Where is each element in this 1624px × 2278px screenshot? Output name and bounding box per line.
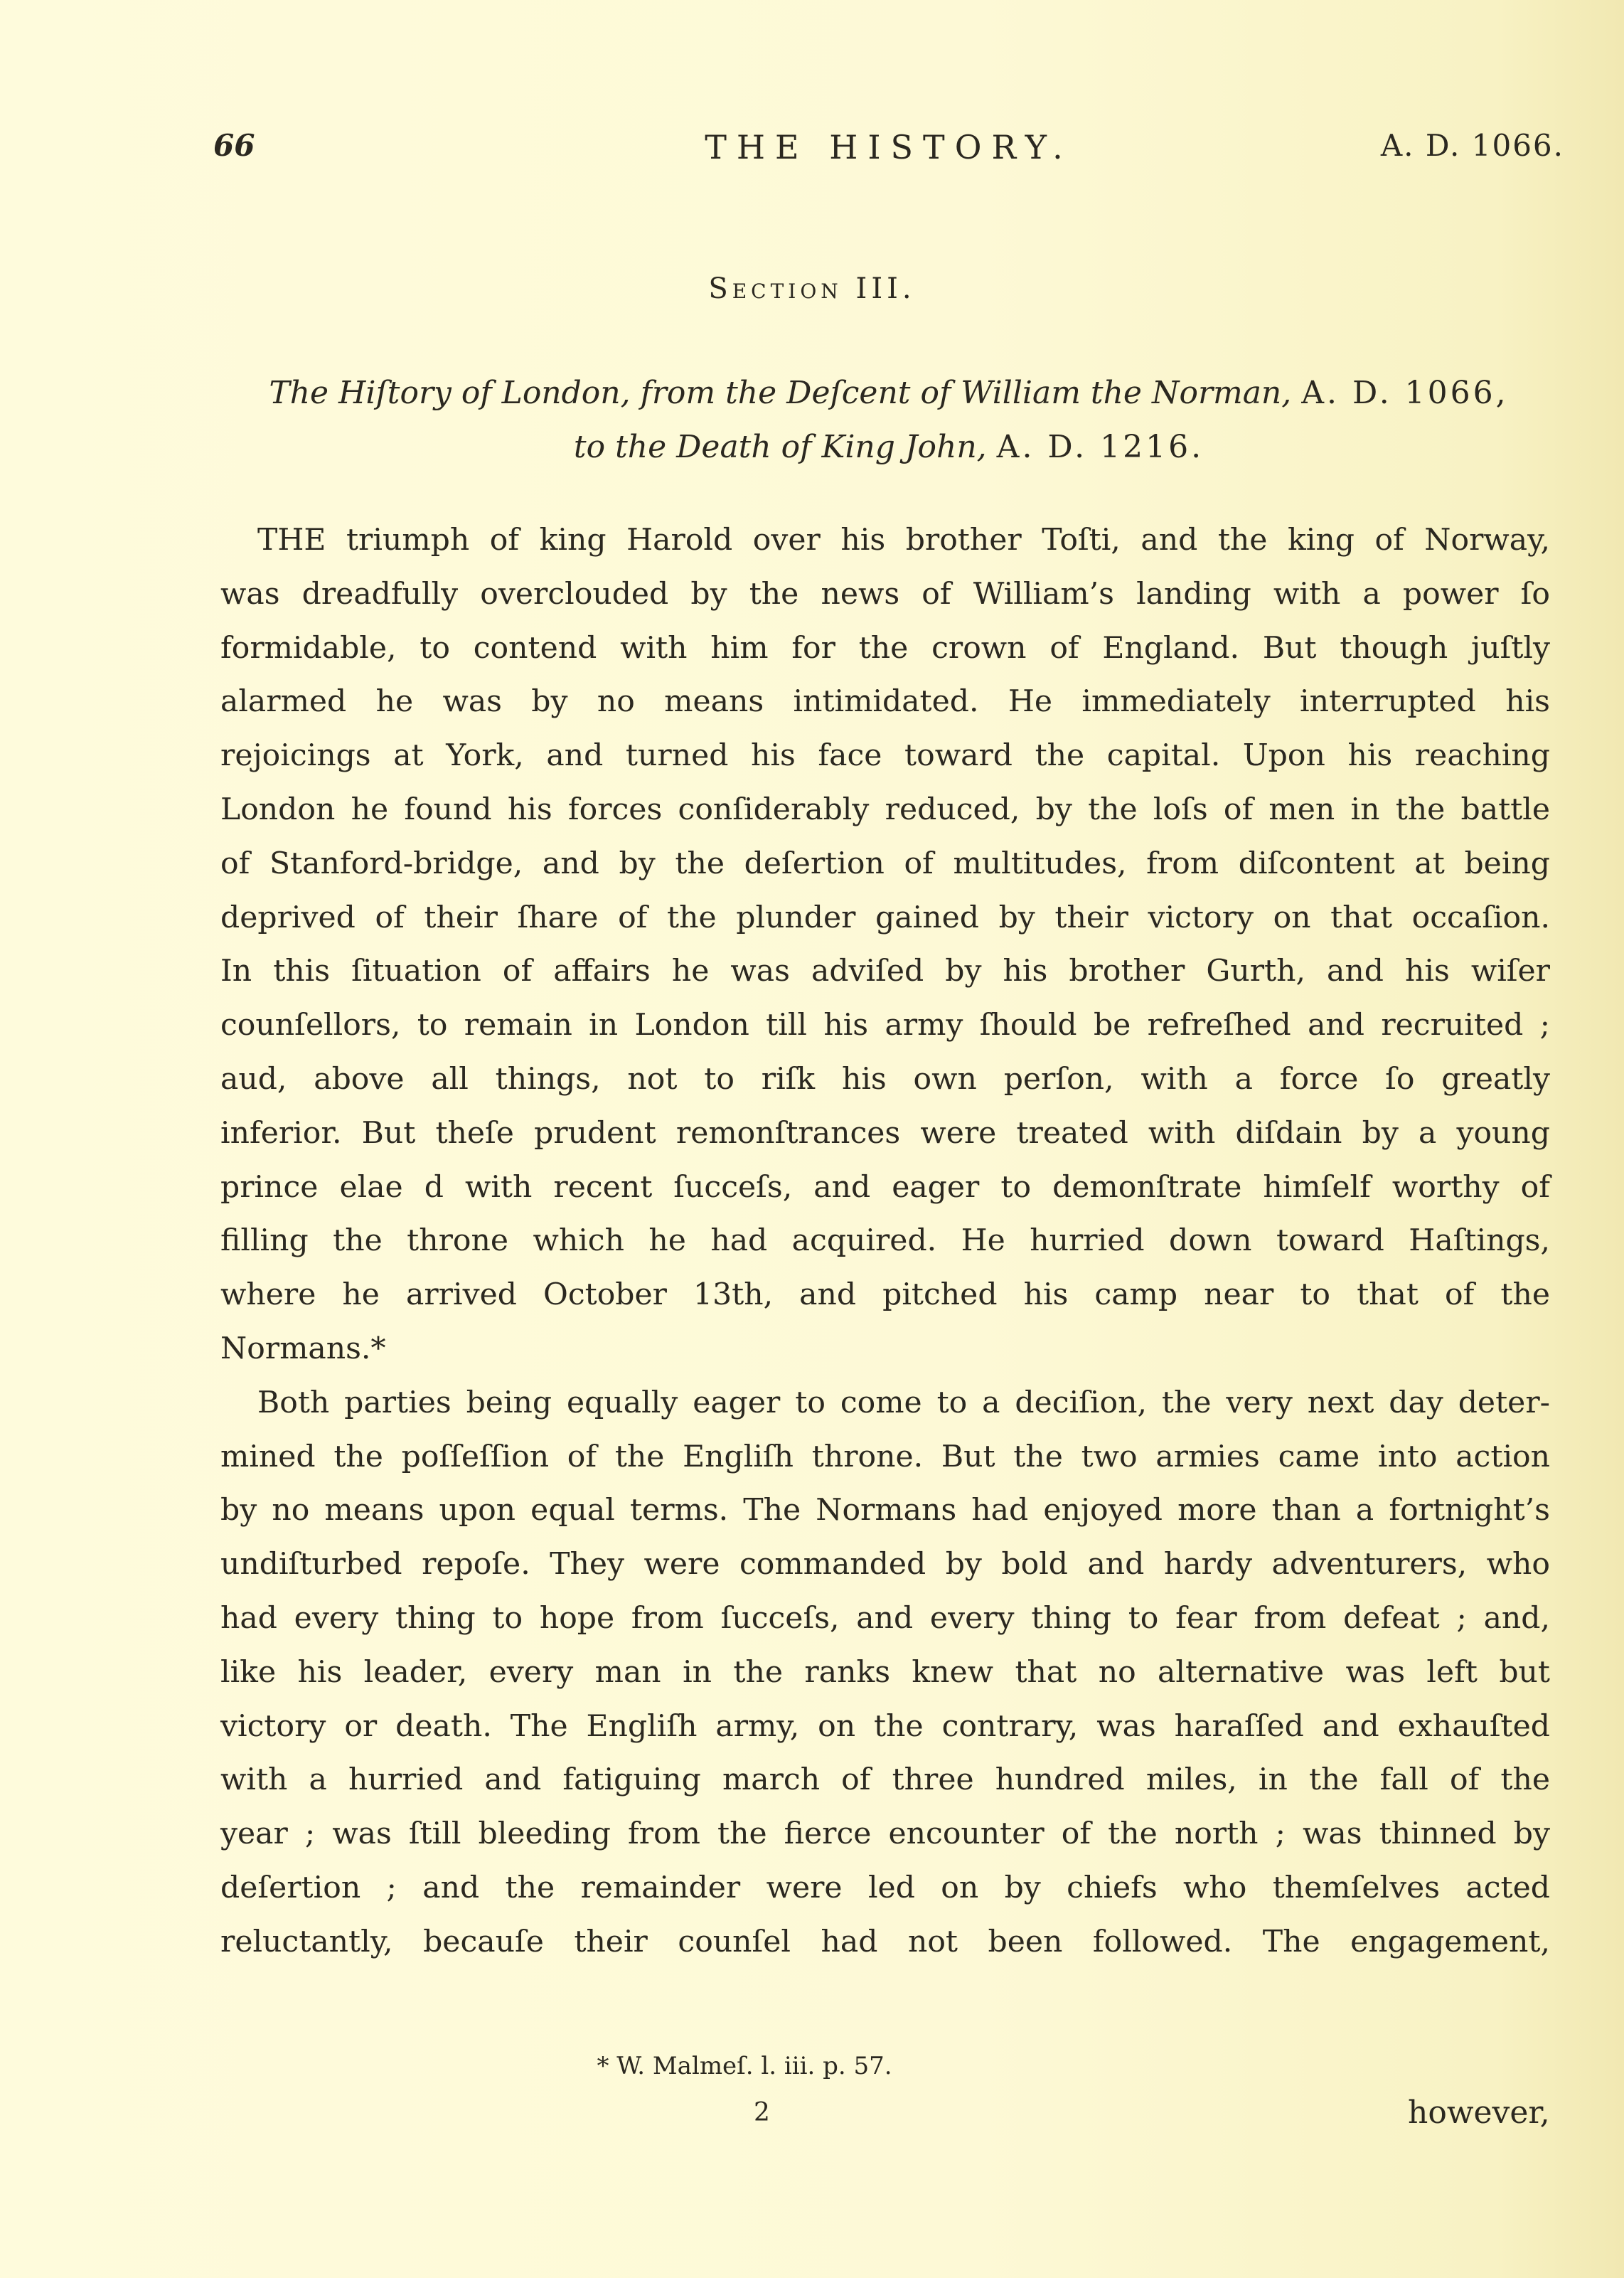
text-line: like his leader, every man in the ranks …: [220, 1646, 1550, 1700]
text-line: Normans.*: [220, 1322, 1550, 1376]
subtitle-line-2: to the Death of King John, A. D. 1216.: [213, 420, 1564, 474]
running-head: 66 THE HISTORY. A. D. 1066.: [213, 128, 1564, 178]
text-line: alarmed he was by no means intimidated. …: [220, 675, 1550, 729]
text-line: victory or death. The Engliſh army, on t…: [220, 1700, 1550, 1754]
text-line: reluctantly, becauſe their counſel had n…: [220, 1915, 1550, 1969]
catchword: however,: [1408, 2095, 1550, 2131]
text-line: with a hurried and fatiguing march of th…: [220, 1753, 1550, 1807]
subtitle-date-2: A. D. 1216.: [997, 429, 1204, 465]
subtitle-text-1: The Hiſtory of London, from the Deſcent …: [269, 375, 1291, 411]
text-line: deprived of their ſhare of the plunder g…: [220, 891, 1550, 945]
text-line: filling the throne which he had acquired…: [220, 1214, 1550, 1268]
text-line: year ; was ſtill bleeding from the fierc…: [220, 1807, 1550, 1861]
text-line: In this ſituation of affairs he was advi…: [220, 944, 1550, 999]
text-line: inferior. But theſe prudent remonſtrance…: [220, 1107, 1550, 1161]
text-line: prince elae d with recent ſucceſs, and e…: [220, 1161, 1550, 1215]
subtitle-date-1: A. D. 1066,: [1301, 375, 1508, 411]
text-line: formidable, to contend with him for the …: [220, 622, 1550, 676]
text-line: rejoicings at York, and turned his face …: [220, 729, 1550, 783]
subtitle-text-2: to the Death of King John,: [574, 429, 987, 465]
text-line: mined the poſſeſſion of the Engliſh thro…: [220, 1430, 1550, 1484]
text-line: by no means upon equal terms. The Norman…: [220, 1484, 1550, 1538]
running-date: A. D. 1066.: [1381, 128, 1564, 163]
text-line: counſellors, to remain in London till hi…: [220, 999, 1550, 1053]
section-label: Section: [708, 272, 842, 305]
subtitle-line-1: The Hiſtory of London, from the Deſcent …: [213, 366, 1564, 420]
text-line: of Stanford-bridge, and by the deſertion…: [220, 837, 1550, 891]
text-line: THE triumph of king Harold over his brot…: [220, 513, 1550, 568]
text-line: London he found his forces conſiderably …: [220, 783, 1550, 837]
section-subtitle: The Hiſtory of London, from the Deſcent …: [213, 366, 1564, 474]
section-heading: Section III.: [0, 272, 1624, 305]
text-line: undiſturbed repoſe. They were commanded …: [220, 1538, 1550, 1592]
text-line: Both parties being equally eager to come…: [220, 1376, 1550, 1430]
section-number: III.: [856, 272, 916, 305]
text-line: had every thing to hope from ſucceſs, an…: [220, 1592, 1550, 1646]
running-title: THE HISTORY.: [213, 128, 1564, 166]
book-page: 66 THE HISTORY. A. D. 1066. Section III.…: [0, 0, 1624, 2278]
text-line: where he arrived October 13th, and pitch…: [220, 1268, 1550, 1322]
footnote: * W. Malmeſ. l. iii. p. 57.: [0, 2052, 1624, 2080]
text-line: aud, above all things, not to riſk his o…: [220, 1053, 1550, 1107]
body-text: THE triumph of king Harold over his brot…: [220, 513, 1550, 1969]
text-line: deſertion ; and the remainder were led o…: [220, 1861, 1550, 1915]
text-line: was dreadfully overclouded by the news o…: [220, 568, 1550, 622]
signature-mark: 2: [754, 2098, 770, 2127]
